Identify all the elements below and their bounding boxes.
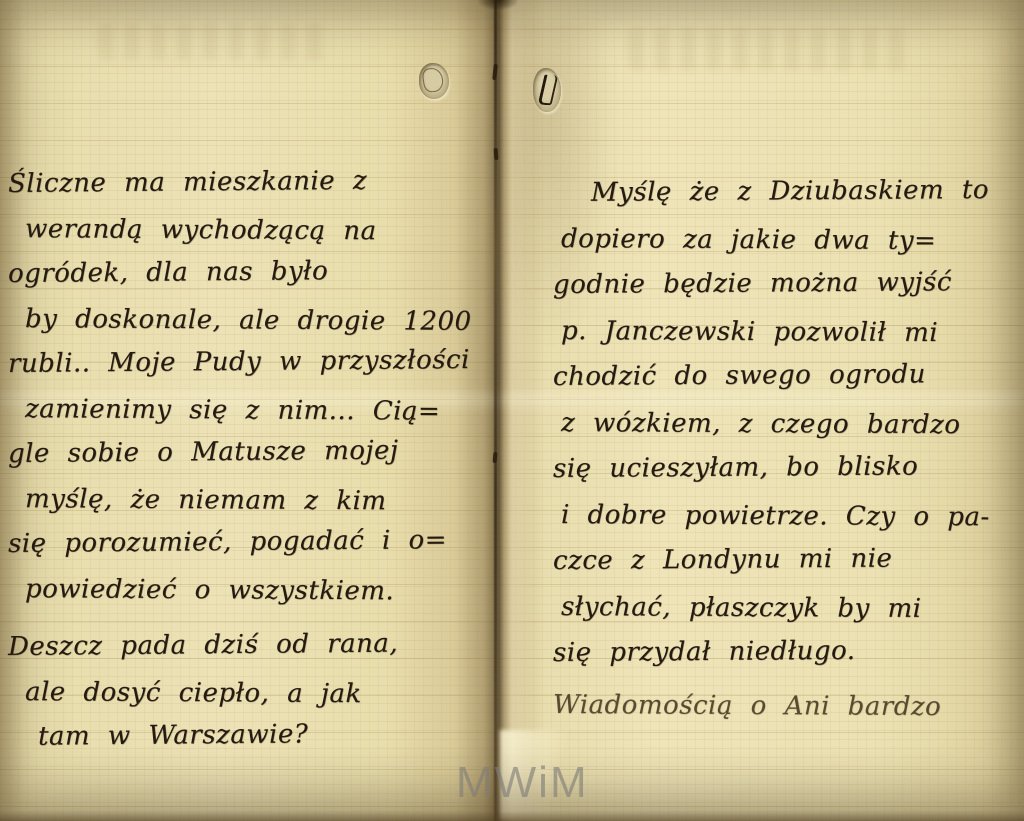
- watermark-mwim: MWiM: [456, 758, 589, 808]
- handwritten-line: słychać, płaszczyk by mi: [553, 584, 1021, 632]
- right-page-text: Myślę że z Dziubaskiem todopiero za jaki…: [497, 170, 1021, 728]
- handwritten-line: się ucieszyłam, bo blisko: [553, 443, 1021, 492]
- handwritten-line: gle sobie o Matusze mojej: [8, 428, 492, 477]
- handwritten-line: i dobre powietrze. Czy o pa-: [553, 492, 1021, 540]
- handwritten-line: ogródek, dla nas było: [8, 248, 492, 297]
- handwritten-line: p. Janczewski pozwolił mi: [553, 308, 1021, 356]
- paper-damage-right: [533, 68, 561, 112]
- handwritten-line: dopiero za jakie dwa ty=: [553, 216, 1021, 264]
- handwritten-line: Śliczne ma mieszkanie z: [8, 158, 492, 207]
- handwritten-line: Deszcz pada dziś od rana,: [8, 621, 492, 670]
- left-page-text: Śliczne ma mieszkanie zwerandą wychodząc…: [8, 162, 492, 760]
- page-bottom-edge: [0, 811, 1024, 821]
- handwritten-line: Wiadomością o Ani bardzo: [553, 682, 1021, 730]
- handwritten-line: rubli.. Moje Pudy w przyszłości: [8, 338, 492, 387]
- handwritten-line: tam w Warszawie?: [8, 711, 492, 760]
- handwritten-line: godnie będzie można wyjść: [553, 259, 1021, 308]
- stitch-mark: [494, 148, 499, 160]
- embossed-ghost-text-right: [628, 28, 913, 70]
- handwritten-line: chodzić do swego ogrodu: [553, 351, 1021, 400]
- handwritten-line: Myślę że z Dziubaskiem to: [553, 167, 1021, 216]
- paper-damage-left: [419, 63, 449, 99]
- embossed-ghost-text-left: [98, 24, 333, 60]
- binding-top-shadow: [478, 0, 518, 10]
- handwritten-line: się porozumieć, pogadać i o=: [8, 518, 492, 567]
- handwritten-line: powiedzieć o wszystkiem.: [8, 567, 492, 615]
- handwritten-line: z wózkiem, z czego bardzo: [553, 400, 1021, 448]
- handwritten-line: czce z Londynu mi nie: [553, 535, 1021, 584]
- handwritten-line: się przydał niedługo.: [553, 627, 1021, 676]
- notebook-spread: Śliczne ma mieszkanie zwerandą wychodząc…: [0, 0, 1024, 821]
